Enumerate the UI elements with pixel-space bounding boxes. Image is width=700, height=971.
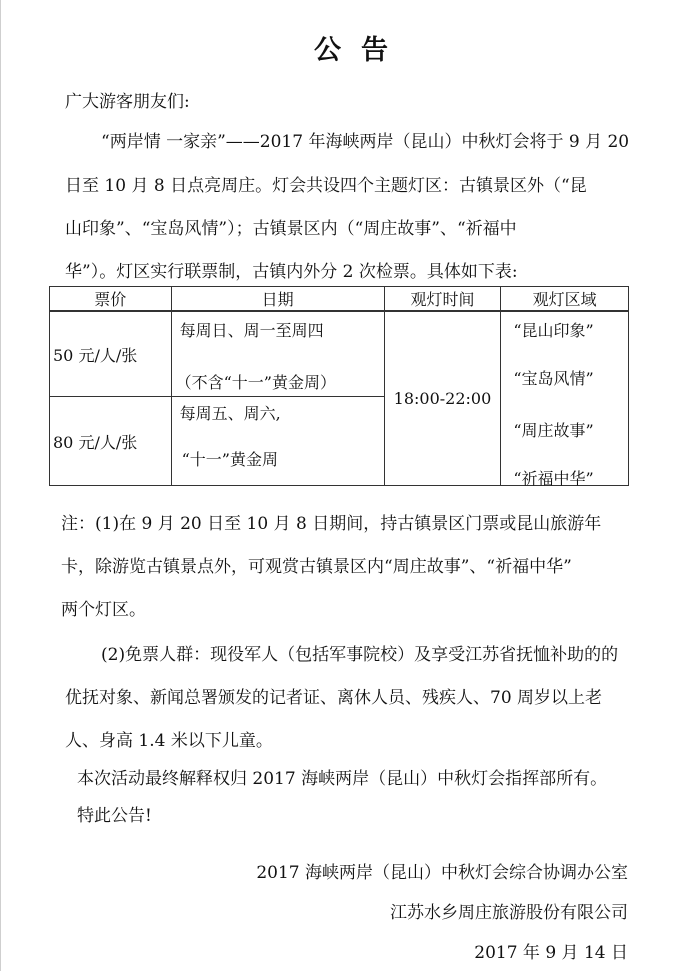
salutation: 广大游客朋友们:: [65, 92, 190, 112]
signature-office: 2017 海峡两岸（昆山）中秋灯会综合协调办公室: [256, 863, 628, 883]
area-item: “宝岛风情”: [513, 366, 593, 389]
area-item: “祈福中华”: [513, 466, 593, 489]
date-line: 每周日、周一至周四: [180, 318, 324, 341]
note-line: 卡，除游览古镇景点外，可观赏古镇景区内“周庄故事”、“祈福中华”: [61, 557, 572, 577]
date-line: 每周五、周六,: [180, 401, 281, 424]
ticket-table: 票价 日期 观灯时间 观灯区域 50 元/人/张 每周日、周一至周四 （不含“十…: [49, 286, 629, 486]
disclaimer: 本次活动最终解释权归 2017 海峡两岸（昆山）中秋灯会指挥部所有。: [77, 769, 607, 789]
table-row: 50 元/人/张 每周日、周一至周四 （不含“十一”黄金周） 18:00-22:…: [50, 311, 629, 397]
time-cell: 18:00-22:00: [384, 311, 501, 486]
page-title: 公告: [1, 28, 700, 67]
date-line: “十一”黄金周: [182, 447, 278, 470]
area-item: “昆山印象”: [513, 318, 593, 341]
price-cell: 50 元/人/张: [50, 311, 172, 397]
signature-company: 江苏水乡周庄旅游股份有限公司: [390, 903, 628, 923]
intro-line: 山印象”、“宝岛风情”）；古镇景区内（“周庄故事”、“祈福中: [65, 219, 517, 239]
date-line: （不含“十一”黄金周）: [176, 370, 336, 393]
table-header-row: 票价 日期 观灯时间 观灯区域: [50, 287, 629, 312]
intro-line: 华”）。灯区实行联票制，古镇内外分 2 次检票。具体如下表:: [65, 262, 518, 282]
area-cell: “昆山印象” “宝岛风情” “周庄故事” “祈福中华”: [501, 311, 629, 486]
closing: 特此公告!: [77, 806, 152, 826]
date-cell: 每周日、周一至周四 （不含“十一”黄金周）: [171, 311, 384, 397]
header-time: 观灯时间: [384, 287, 501, 312]
note-line: 人、身高 1.4 米以下儿童。: [65, 731, 273, 751]
issue-date: 2017 年 9 月 14 日: [474, 943, 628, 963]
note-line: (2)免票人群：现役军人（包括军事院校）及享受江苏省抚恤补助的的: [101, 645, 618, 665]
header-date: 日期: [171, 287, 384, 312]
note-line: 两个灯区。: [61, 600, 146, 620]
area-item: “周庄故事”: [513, 418, 593, 441]
intro-line: “两岸情 一家亲”——2017 年海峡两岸（昆山）中秋灯会将于 9 月 20: [101, 132, 629, 152]
date-cell: 每周五、周六, “十一”黄金周: [171, 397, 384, 486]
header-price: 票价: [50, 287, 172, 312]
header-area: 观灯区域: [501, 287, 629, 312]
intro-line: 日至 10 月 8 日点亮周庄。灯会共设四个主题灯区：古镇景区外（“昆: [65, 176, 587, 196]
note-line: 注：(1)在 9 月 20 日至 10 月 8 日期间，持古镇景区门票或昆山旅游…: [61, 514, 601, 534]
note-line: 优抚对象、新闻总署颁发的记者证、离休人员、残疾人、70 周岁以上老: [65, 688, 602, 708]
price-cell: 80 元/人/张: [50, 397, 172, 486]
